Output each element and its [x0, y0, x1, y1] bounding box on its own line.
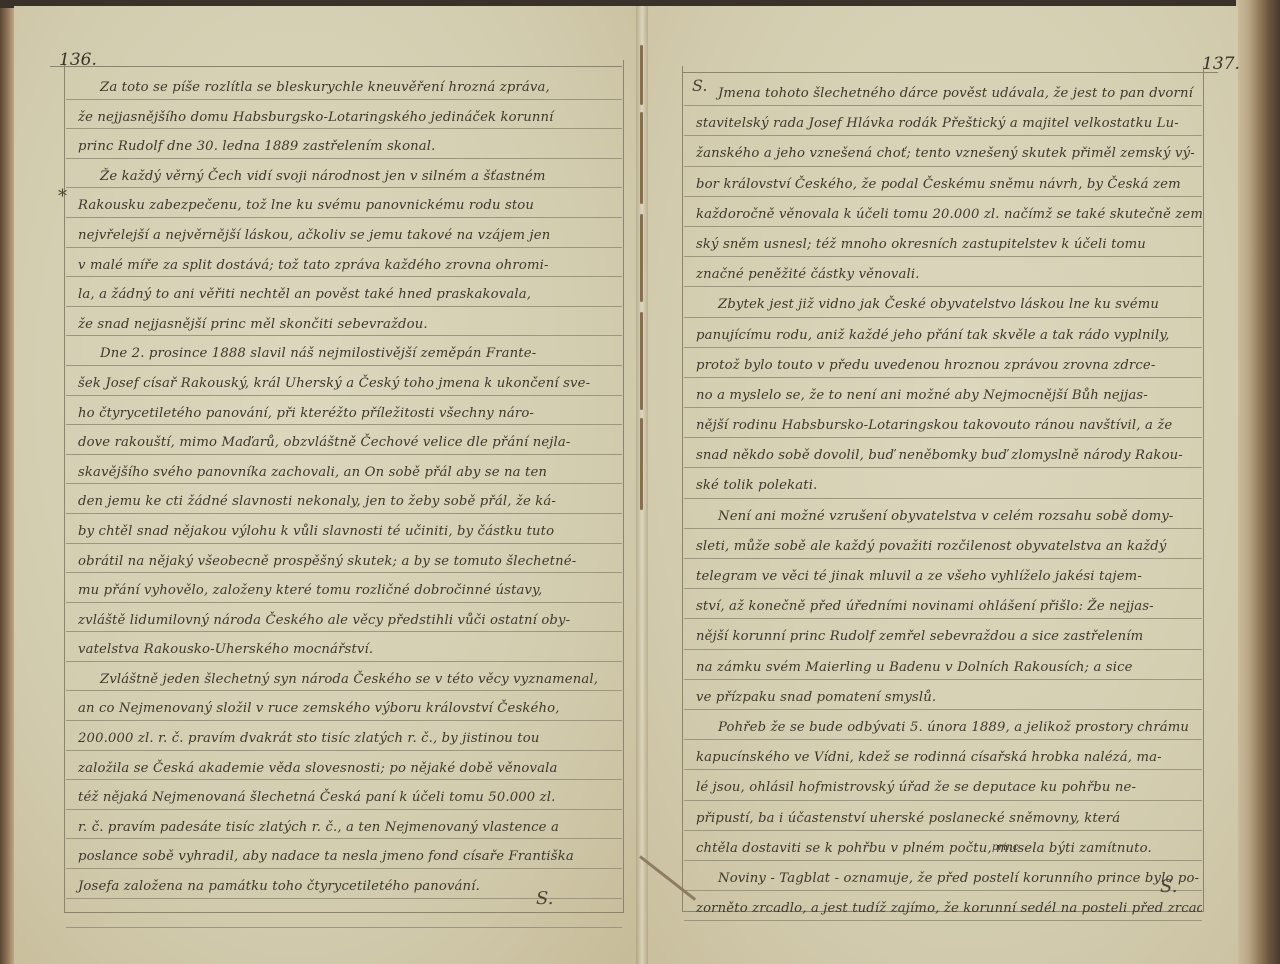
text-line: zorněto zrcadlo, a jest tudíž zajímo, že…	[684, 891, 1202, 921]
text-line: Pohřeb že se bude odbývati 5. února 1889…	[684, 710, 1202, 740]
text-line: Rakousku zabezpečenu, tož lne ku svému p…	[66, 188, 622, 218]
text-line: že snad nejjasnější princ měl skončiti s…	[66, 307, 622, 337]
text-line: 200.000 zl. r. č. pravím dvakrát sto tis…	[66, 721, 622, 751]
text-line: stavitelský rada Josef Hlávka rodák Přeš…	[684, 106, 1202, 136]
binding-stitch	[640, 214, 643, 302]
text-line: nější rodinu Habsbursko-Lotaringskou tak…	[684, 408, 1202, 438]
right-page: 137. S. Jmena tohoto šlechetného dárce p…	[642, 6, 1238, 964]
text-line: Že každý věrný Čech vidí svoji národnost…	[66, 159, 622, 189]
text-line: Dne 2. prosince 1888 slavil náš nejmilos…	[66, 336, 622, 366]
text-line: Noviny - Tagblat - oznamuje, že před pos…	[684, 861, 1202, 891]
text-line: princ Rudolf dne 30. ledna 1889 zastřele…	[66, 129, 622, 159]
book-spread: 136. * Za toto se píše rozlítla se blesk…	[0, 0, 1280, 964]
signature-mark: S.	[536, 888, 553, 909]
text-line: obrátil na nějaký všeobecně prospěšný sk…	[66, 544, 622, 574]
text-line: každoročně věnovala k účeli tomu 20.000 …	[684, 197, 1202, 227]
text-line: nější korunní princ Rudolf zemřel sebevr…	[684, 619, 1202, 649]
text-line: chtěla dostaviti se k pohřbu v plném poč…	[684, 831, 1202, 861]
text-line: Za toto se píše rozlítla se bleskurychle…	[66, 70, 622, 100]
left-page: 136. * Za toto se píše rozlítla se blesk…	[14, 6, 642, 964]
text-line: r. č. pravím padesáte tisíc zlatých r. č…	[66, 810, 622, 840]
text-line: kapucínského ve Vídni, kdež se rodinná c…	[684, 740, 1202, 770]
text-line: Zvláštně jeden šlechetný syn národa Česk…	[66, 662, 622, 692]
text-line: Zbytek jest již vidno jak České obyvatel…	[684, 287, 1202, 317]
text-line: zvláště lidumilovný národa Českého ale v…	[66, 603, 622, 633]
text-line: že nejjasnějšího domu Habsburgsko-Lotari…	[66, 100, 622, 130]
text-line: la, a žádný to ani věřiti nechtěl an pov…	[66, 277, 622, 307]
book-edge-right	[1236, 0, 1280, 964]
text-line: v malé míře za split dostává; tož tato z…	[66, 248, 622, 278]
text-line: by chtěl snad nějakou výlohu k vůli slav…	[66, 514, 622, 544]
text-line: žanského a jeho vznešená choť; tento vzn…	[684, 136, 1202, 166]
binding-stitch	[640, 45, 643, 105]
text-line: ve přízpaku snad pomatení smyslů.	[684, 680, 1202, 710]
text-lines: Za toto se píše rozlítla se bleskurychle…	[66, 70, 622, 928]
page-number: 137.	[1202, 54, 1240, 74]
text-line: ský sněm usnesl; též mnoho okresních zas…	[684, 227, 1202, 257]
text-line: dove rakouští, mimo Maďarů, obzvláštně Č…	[66, 425, 622, 455]
text-line: bor království Českého, že podal Českému…	[684, 167, 1202, 197]
text-line: nejvřelejší a nejvěrnější láskou, ačkoli…	[66, 218, 622, 248]
text-line: šek Josef císař Rakouský, král Uherský a…	[66, 366, 622, 396]
text-line: den jemu ke cti žádné slavnosti nekonaly…	[66, 484, 622, 514]
text-line: připustí, ba i účastenství uherské posla…	[684, 801, 1202, 831]
text-line: lé jsou, ohlásil hofmistrovský úřad že s…	[684, 770, 1202, 800]
text-line: ho čtyrycetiletého panování, při kteréžt…	[66, 396, 622, 426]
text-line: značné peněžité částky věnovali.	[684, 257, 1202, 287]
text-line: sleti, může sobě ale každý považiti rozč…	[684, 529, 1202, 559]
text-line: protož bylo touto v předu uvedenou hrozn…	[684, 348, 1202, 378]
text-line: ské tolik polekati.	[684, 468, 1202, 498]
text-line: snad někdo sobě dovolil, buď neněbomky b…	[684, 438, 1202, 468]
text-line: Jmena tohoto šlechetného dárce pověst ud…	[684, 76, 1202, 106]
text-line: založila se Česká akademie věda slovesno…	[66, 751, 622, 781]
text-line: vatelstva Rakousko-Uherského mocnářství.	[66, 632, 622, 662]
text-line: na zámku svém Maierling u Badenu v Dolní…	[684, 650, 1202, 680]
text-line: poslance sobě vyhradil, aby nadace ta ne…	[66, 839, 622, 869]
text-line: panujícímu rodu, aniž každé jeho přání t…	[684, 318, 1202, 348]
text-line: Není ani možné vzrušení obyvatelstva v c…	[684, 499, 1202, 529]
binding-stitch	[640, 418, 643, 510]
interlinear-note: princ	[992, 842, 1018, 853]
text-line: an co Nejmenovaný složil v ruce zemského…	[66, 691, 622, 721]
binding-stitch	[640, 312, 643, 410]
text-line: no a myslelo se, že to není ani možné ab…	[684, 378, 1202, 408]
text-line: telegram ve věci té jinak mluvil a ze vš…	[684, 559, 1202, 589]
text-line: skavějšího svého panovníka zachovali, an…	[66, 455, 622, 485]
signature-mark: S.	[1160, 876, 1177, 897]
text-lines: Jmena tohoto šlechetného dárce pověst ud…	[684, 76, 1202, 921]
binding-stitch	[640, 112, 643, 204]
text-line: též nějaká Nejmenovaná šlechetná Česká p…	[66, 780, 622, 810]
page-number: 136.	[59, 50, 97, 70]
text-line: mu přání vyhovělo, založeny které tomu r…	[66, 573, 622, 603]
text-line: ství, až konečně před úředními novinami …	[684, 589, 1202, 619]
